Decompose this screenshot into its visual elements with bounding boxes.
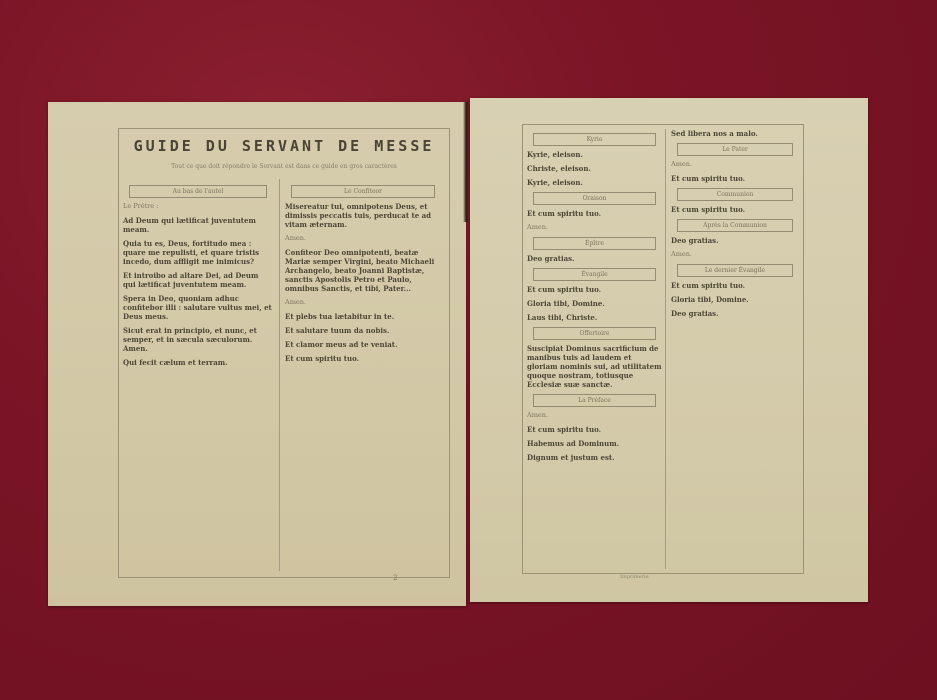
section-header: Communion: [677, 188, 793, 201]
text-line: Amen.: [671, 250, 799, 259]
text-line: Laus tibi, Christe.: [527, 313, 662, 322]
text-line: Dignum et justum est.: [527, 453, 662, 462]
section-header: Offertoire: [533, 327, 656, 340]
page-crease: [463, 102, 469, 222]
left-column-1: Au bas de l'autelLe Prêtre :Ad Deum qui …: [123, 181, 273, 372]
text-line: Et cum spiritu tuo.: [671, 174, 799, 183]
printer-footer: Imprimerie: [620, 574, 649, 580]
text-line: Et plebs tua lætabitur in te.: [285, 312, 441, 321]
text-line: Spera in Deo, quoniam adhuc confitebor i…: [123, 294, 273, 321]
text-line: Deo gratias.: [527, 254, 662, 263]
right-page: KyrieKyrie, eleison.Christe, eleison.Kyr…: [470, 98, 868, 602]
section-header: Le dernier Évangile: [677, 264, 793, 277]
section-header: Au bas de l'autel: [129, 185, 267, 198]
text-line: Misereatur tui, omnipotens Deus, et dimi…: [285, 202, 441, 229]
text-line: Et cum spiritu tuo.: [527, 425, 662, 434]
text-line: Gloria tibi, Domine.: [527, 299, 662, 308]
text-line: Et cum spiritu tuo.: [671, 205, 799, 214]
section-header: Épître: [533, 237, 656, 250]
section-header: Le Pater: [677, 143, 793, 156]
text-line: Amen.: [285, 234, 441, 243]
text-line: Et cum spiritu tuo.: [527, 209, 662, 218]
column-divider: [279, 179, 280, 571]
column-divider: [665, 129, 666, 569]
text-line: Kyrie, eleison.: [527, 150, 662, 159]
section-header: Évangile: [533, 268, 656, 281]
text-line: Confiteor Deo omnipotenti, beatæ Mariæ s…: [285, 248, 441, 293]
section-header: Après la Communion: [677, 219, 793, 232]
text-line: Gloria tibi, Domine.: [671, 295, 799, 304]
page-number: 2: [393, 574, 397, 582]
right-page-frame: KyrieKyrie, eleison.Christe, eleison.Kyr…: [522, 124, 804, 574]
right-column-1: KyrieKyrie, eleison.Christe, eleison.Kyr…: [527, 129, 662, 467]
text-line: Amen.: [527, 223, 662, 232]
text-line: Qui fecit cælum et terram.: [123, 358, 273, 367]
text-line: Amen.: [527, 411, 662, 420]
section-header: Le Confiteor: [291, 185, 435, 198]
text-line: Kyrie, eleison.: [527, 178, 662, 187]
text-line: Sed libera nos a malo.: [671, 129, 799, 138]
left-column-2: Le ConfiteorMisereatur tui, omnipotens D…: [285, 181, 441, 368]
text-line: Et introibo ad altare Dei, ad Deum qui l…: [123, 271, 273, 289]
section-header: Oraison: [533, 192, 656, 205]
section-header: Kyrie: [533, 133, 656, 146]
text-line: Et salutare tuum da nobis.: [285, 326, 441, 335]
text-line: Deo gratias.: [671, 236, 799, 245]
left-page-frame: GUIDE DU SERVANT DE MESSE Tout ce que do…: [118, 128, 450, 578]
page-title: GUIDE DU SERVANT DE MESSE: [119, 137, 449, 155]
text-line: Et cum spiritu tuo.: [285, 354, 441, 363]
right-column-2: Sed libera nos a malo.Le PaterAmen.Et cu…: [671, 129, 799, 323]
text-line: Habemus ad Dominum.: [527, 439, 662, 448]
text-line: Deo gratias.: [671, 309, 799, 318]
text-line: Quia tu es, Deus, fortitudo mea : quare …: [123, 239, 273, 266]
text-line: Et cum spiritu tuo.: [671, 281, 799, 290]
text-line: Ad Deum qui lætificat juventutem meam.: [123, 216, 273, 234]
text-line: Amen.: [285, 298, 441, 307]
text-line: Christe, eleison.: [527, 164, 662, 173]
text-line: Et cum spiritu tuo.: [527, 285, 662, 294]
text-line: Suscipiat Dominus sacrificium de manibus…: [527, 344, 662, 389]
left-page: GUIDE DU SERVANT DE MESSE Tout ce que do…: [48, 102, 466, 606]
text-line: Amen.: [671, 160, 799, 169]
subtitle: Tout ce que doit répondre le Servant est…: [129, 163, 439, 170]
text-line: Le Prêtre :: [123, 202, 273, 211]
section-header: La Préface: [533, 394, 656, 407]
text-line: Sicut erat in principio, et nunc, et sem…: [123, 326, 273, 353]
text-line: Et clamor meus ad te veniat.: [285, 340, 441, 349]
